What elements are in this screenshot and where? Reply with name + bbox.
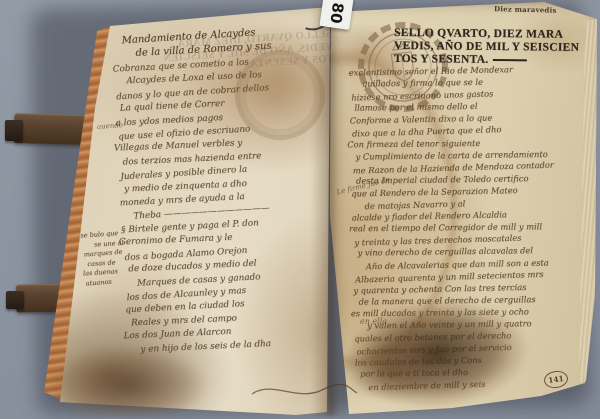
stain-gutter-bottom — [330, 330, 450, 410]
clasp-tip-top — [5, 120, 23, 141]
photo-of-manuscript-book: SELLO QVARTO, DIEZ MARAVEDIS, AÑO DE MIL… — [0, 0, 600, 419]
header-rule — [492, 59, 526, 61]
spine-tag: 80 — [319, 0, 354, 30]
stain-bottom-left-page — [52, 330, 242, 415]
gutter-shadow — [311, 4, 347, 416]
clasp-strap-top — [14, 113, 87, 145]
gothic-maravedis-label: Diez maravedis — [494, 4, 564, 15]
clasp-tip-bottom — [6, 291, 24, 309]
spine-tag-number: 80 — [326, 1, 347, 24]
